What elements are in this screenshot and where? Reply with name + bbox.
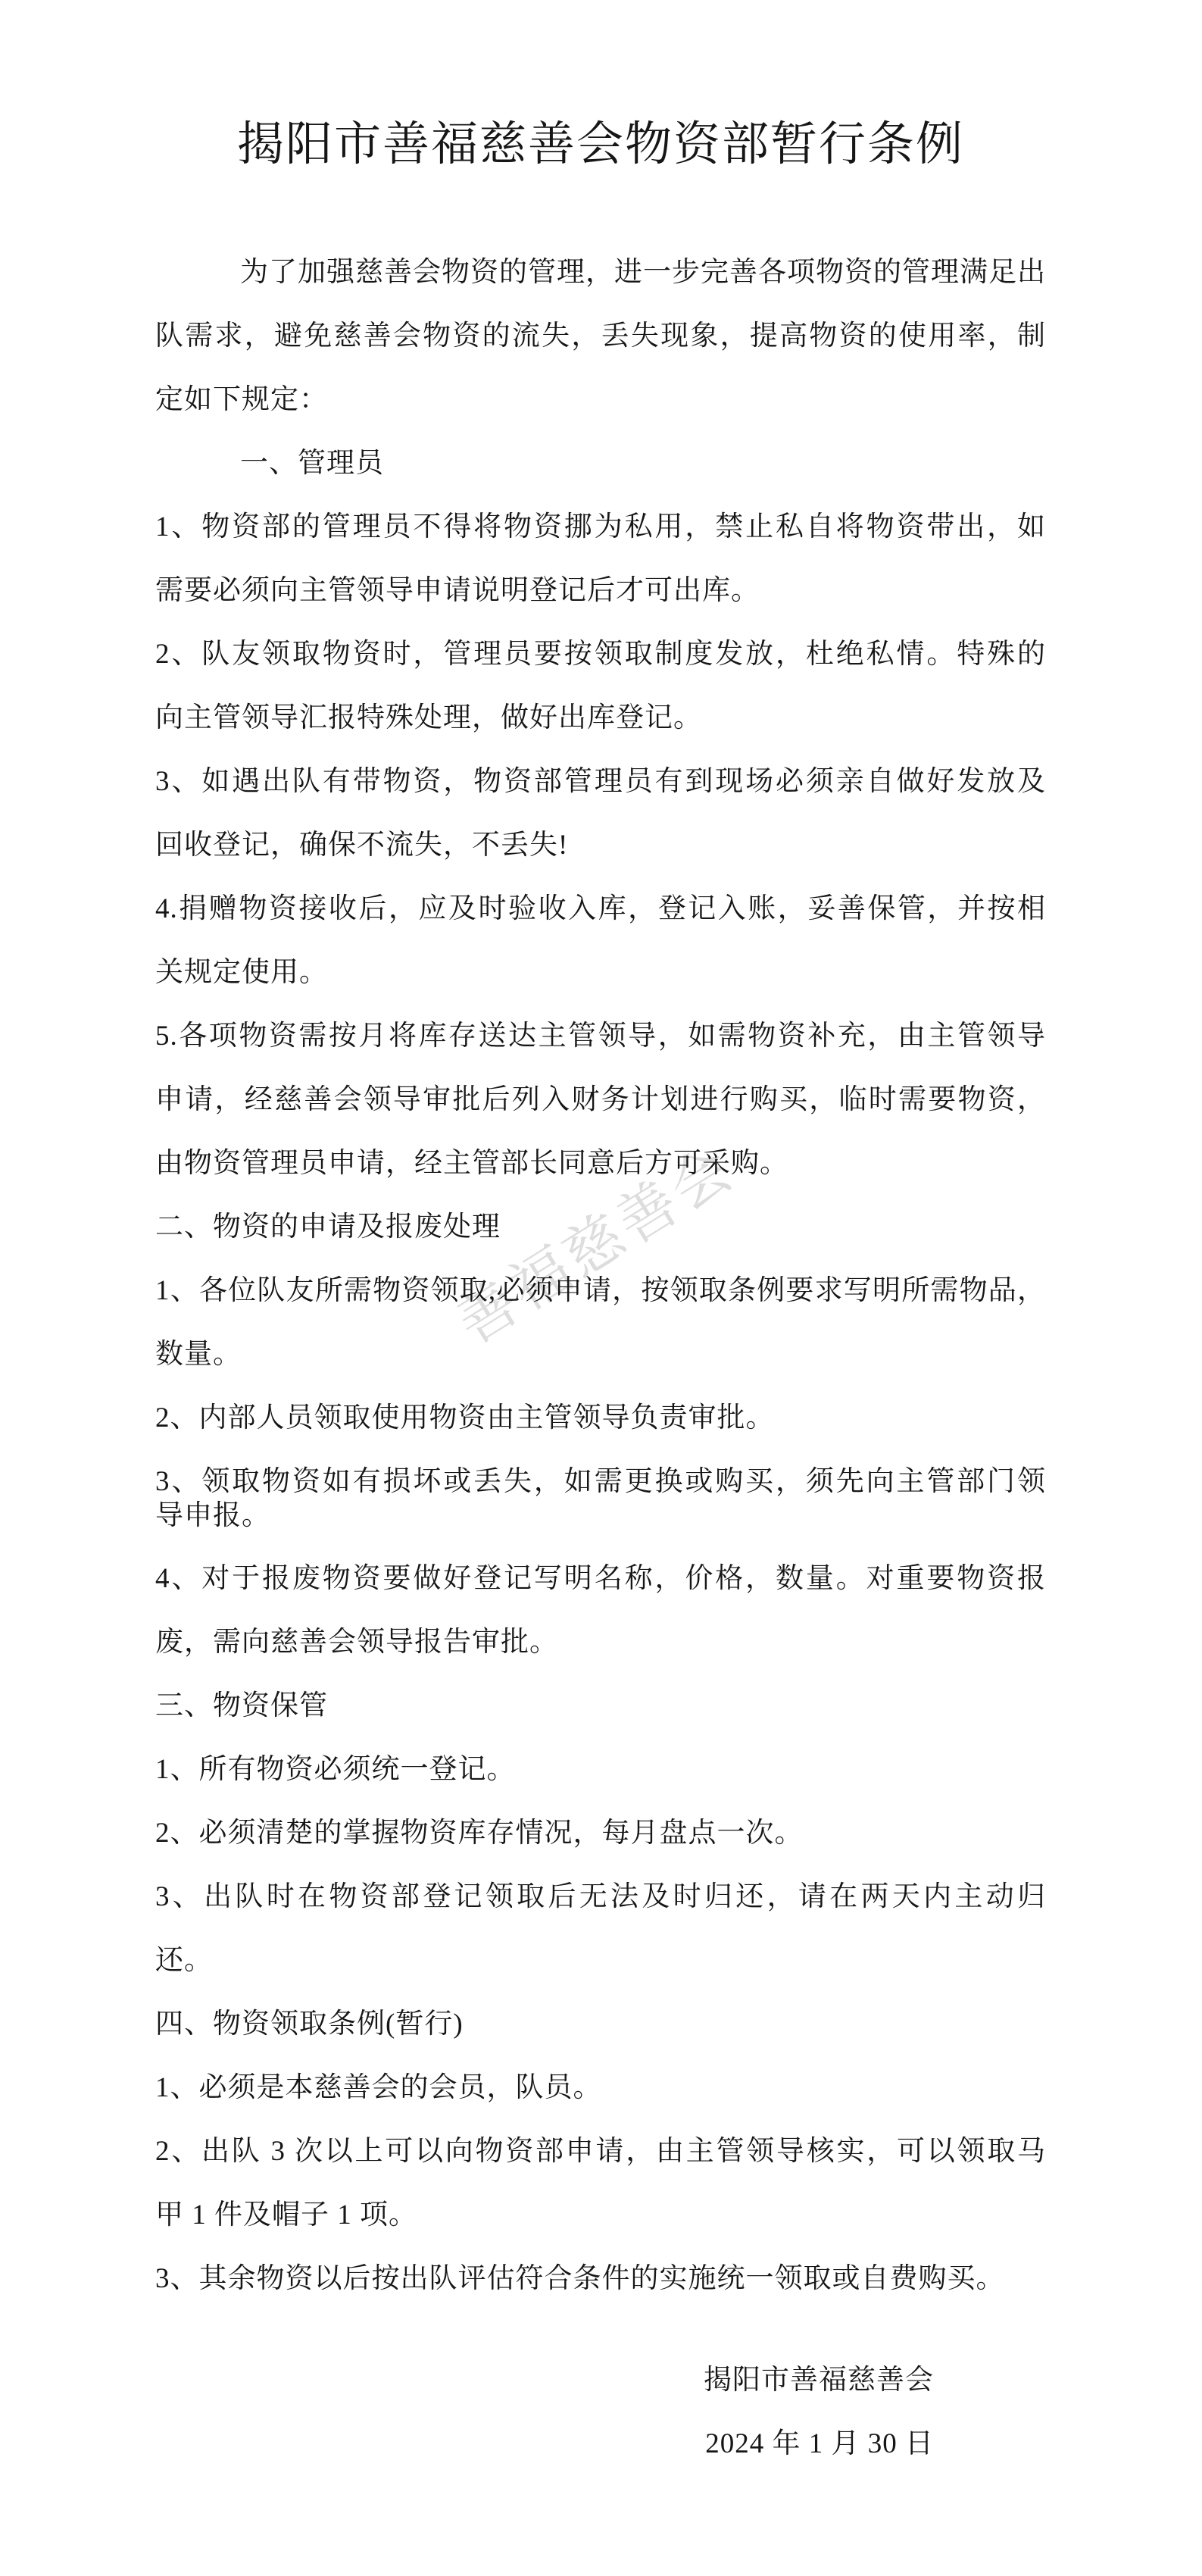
body-line: 2、出队 3 次以上可以向物资部申请，由主管领导核实，可以领取马 [155,2120,1046,2184]
signature-date: 2024 年 1 月 30 日 [155,2412,934,2476]
document-title: 揭阳市善福慈善会物资部暂行条例 [155,114,1046,176]
body-line: 1、必须是本慈善会的会员，队员。 [155,2056,1046,2120]
body-line: 向主管领导汇报特殊处理，做好出库登记。 [155,686,1046,750]
document-content: 揭阳市善福慈善会物资部暂行条例 为了加强慈善会物资的管理，进一步完善各项物资的管… [155,114,1046,2476]
body-line: 1、物资部的管理员不得将物资挪为私用，禁止私自将物资带出，如 [155,496,1046,559]
body-line: 为了加强慈善会物资的管理，进一步完善各项物资的管理满足出 [155,241,1046,305]
document-footer: 揭阳市善福慈善会 2024 年 1 月 30 日 [155,2349,1046,2476]
body-line: 队需求，避免慈善会物资的流失，丢失现象，提高物资的使用率，制 [155,305,1046,368]
document-page: 善福慈善会 揭阳市善福慈善会物资部暂行条例 为了加强慈善会物资的管理，进一步完善… [0,0,1202,2576]
document-body: 为了加强慈善会物资的管理，进一步完善各项物资的管理满足出队需求，避免慈善会物资的… [155,241,1046,2311]
body-line: 3、如遇出队有带物资，物资部管理员有到现场必须亲自做好发放及 [155,750,1046,814]
body-line: 4、对于报废物资要做好登记写明名称，价格，数量。对重要物资报 [155,1547,1046,1611]
body-line: 四、物资领取条例(暂行) [155,1993,1046,2056]
body-line: 还。 [155,1929,1046,1993]
body-line: 需要必须向主管领导申请说明登记后才可出库。 [155,559,1046,623]
body-line: 3、出队时在物资部登记领取后无法及时归还，请在两天内主动归 [155,1865,1046,1929]
body-line: 2、必须清楚的掌握物资库存情况，每月盘点一次。 [155,1802,1046,1865]
body-line: 1、所有物资必须统一登记。 [155,1738,1046,1802]
body-line: 2、内部人员领取使用物资由主管领导负责审批。 [155,1386,1046,1450]
body-line: 1、各位队友所需物资领取,必须申请，按领取条例要求写明所需物品， [155,1259,1046,1323]
body-line: 废，需向慈善会领导报告审批。 [155,1611,1046,1674]
body-line: 三、物资保管 [155,1674,1046,1738]
body-line: 2、队友领取物资时，管理员要按领取制度发放，杜绝私情。特殊的 [155,623,1046,686]
body-line: 数量。 [155,1323,1046,1386]
body-line: 5.各项物资需按月将库存送达主管领导，如需物资补充，由主管领导 [155,1005,1046,1068]
body-line: 关规定使用。 [155,941,1046,1005]
body-line: 甲 1 件及帽子 1 项。 [155,2184,1046,2247]
body-line: 3、其余物资以后按出队评估符合条件的实施统一领取或自费购买。 [155,2247,1046,2311]
body-line: 定如下规定： [155,368,1046,432]
body-line: 申请，经慈善会领导审批后列入财务计划进行购买，临时需要物资， [155,1068,1046,1132]
body-line: 3、领取物资如有损坏或丢失，如需更换或购买，须先向主管部门领 [155,1450,1046,1514]
body-line: 一、管理员 [155,432,1046,496]
body-line: 由物资管理员申请，经主管部长同意后方可采购。 [155,1132,1046,1196]
signature-org: 揭阳市善福慈善会 [155,2349,934,2412]
body-line: 4.捐赠物资接收后，应及时验收入库，登记入账，妥善保管，并按相 [155,877,1046,941]
body-line: 二、物资的申请及报废处理 [155,1196,1046,1259]
body-line: 回收登记，确保不流失，不丢失! [155,814,1046,877]
